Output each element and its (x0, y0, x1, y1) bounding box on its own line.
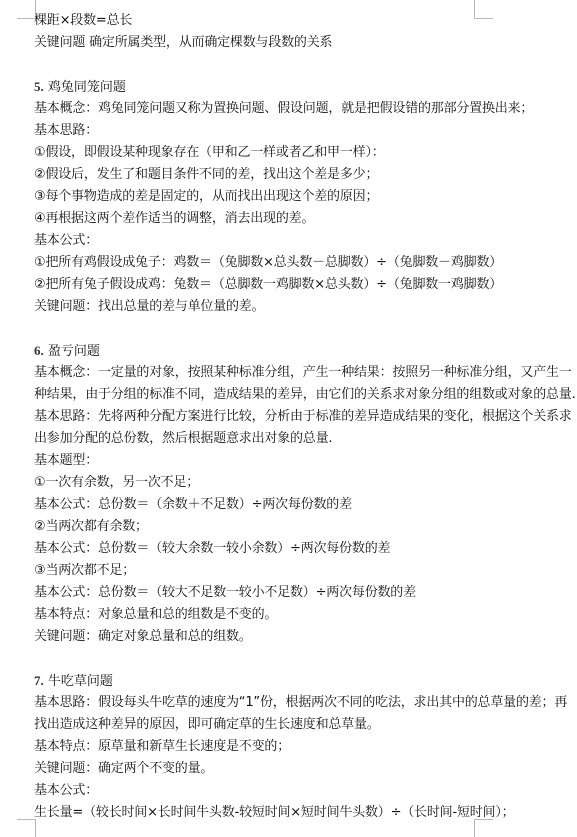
section-line: 关键问题：确定对象总量和总的组数。 (34, 626, 534, 648)
section-line: 基本特点：对象总量和总的组数是不变的。 (34, 604, 534, 626)
section-line: 种结果，由于分组的标准不同，造成结果的差异，由它们的关系求对象分组的组数或对象的… (34, 384, 534, 406)
section-line: ③当两次都不足； (34, 560, 534, 582)
section-line: 基本公式： (34, 230, 534, 252)
section-line: 基本公式： (34, 780, 534, 802)
section-number: 5. (34, 79, 44, 94)
section-line: 生长量=（较长时间×长时间牛头数-较短时间×短时间牛头数）÷（长时间-短时间）； (34, 802, 534, 824)
section-title: 牛吃草问题 (48, 674, 113, 689)
section-title: 鸡兔同笼问题 (48, 80, 126, 95)
section-line: ②把所有兔子假设成鸡：兔数＝（总脚数一鸡脚数×总头数）÷（兔脚数一鸡脚数） (34, 274, 534, 296)
section-line: 基本公式：总份数＝（余数＋不足数）÷两次每份数的差 (34, 494, 534, 516)
blank-line (34, 54, 534, 76)
section-line: ②假设后，发生了和题目条件不同的差，找出这个差是多少； (34, 164, 534, 186)
section-line: ①把所有鸡假设成兔子：鸡数＝（兔脚数×总头数－总脚数）÷（兔脚数－鸡脚数） (34, 252, 534, 274)
section-line: 基本思路：先将两种分配方案进行比较，分析由于标准的差异造成结果的变化，根据这个关… (34, 406, 534, 428)
section-line: 出参加分配的总份数，然后根据题意求出对象的总量. (34, 428, 534, 450)
section-line: 基本概念：鸡兔同笼问题又称为置换问题、假设问题，就是把假设错的那部分置换出来； (34, 98, 534, 120)
section-heading-5: 5. 鸡兔同笼问题 (34, 76, 534, 98)
section-title: 盈亏问题 (48, 344, 100, 359)
section-number: 7. (34, 673, 44, 688)
section-line: 基本概念：一定量的对象，按照某种标准分组，产生一种结果：按照另一种标准分组，又产… (34, 362, 534, 384)
section-line: 基本特点：原草量和新草生长速度是不变的； (34, 736, 534, 758)
document-page: 棵距×段数=总长 关键问题 确定所属类型，从而确定棵数与段数的关系 5. 鸡兔同… (34, 10, 534, 824)
section-line: ②当两次都有余数； (34, 516, 534, 538)
section-heading-6: 6. 盈亏问题 (34, 340, 534, 362)
section-line: 基本公式：总份数＝（较大不足数一较小不足数）÷两次每份数的差 (34, 582, 534, 604)
section-line: 基本思路：假设每头牛吃草的速度为“1”份，根据两次不同的吃法，求出其中的总草量的… (34, 692, 534, 714)
blank-line (34, 648, 534, 670)
intro-key-issue: 关键问题 确定所属类型，从而确定棵数与段数的关系 (34, 32, 534, 54)
section-line: 基本思路： (34, 120, 534, 142)
section-line: ④再根据这两个差作适当的调整，消去出现的差。 (34, 208, 534, 230)
section-line: ①假设，即假设某种现象存在（甲和乙一样或者乙和甲一样）： (34, 142, 534, 164)
section-line: ①一次有余数，另一次不足； (34, 472, 534, 494)
section-line: 基本题型： (34, 450, 534, 472)
section-line: 关键问题：确定两个不变的量。 (34, 758, 534, 780)
section-line: 关键问题：找出总量的差与单位量的差。 (34, 296, 534, 318)
section-line: 找出造成这种差异的原因，即可确定草的生长速度和总草量。 (34, 714, 534, 736)
intro-formula: 棵距×段数=总长 (34, 10, 534, 32)
section-line: 基本公式：总份数＝（较大余数一较小余数）÷两次每份数的差 (34, 538, 534, 560)
section-line: ③每个事物造成的差是固定的，从而找出出现这个差的原因； (34, 186, 534, 208)
section-number: 6. (34, 343, 44, 358)
section-heading-7: 7. 牛吃草问题 (34, 670, 534, 692)
blank-line (34, 318, 534, 340)
